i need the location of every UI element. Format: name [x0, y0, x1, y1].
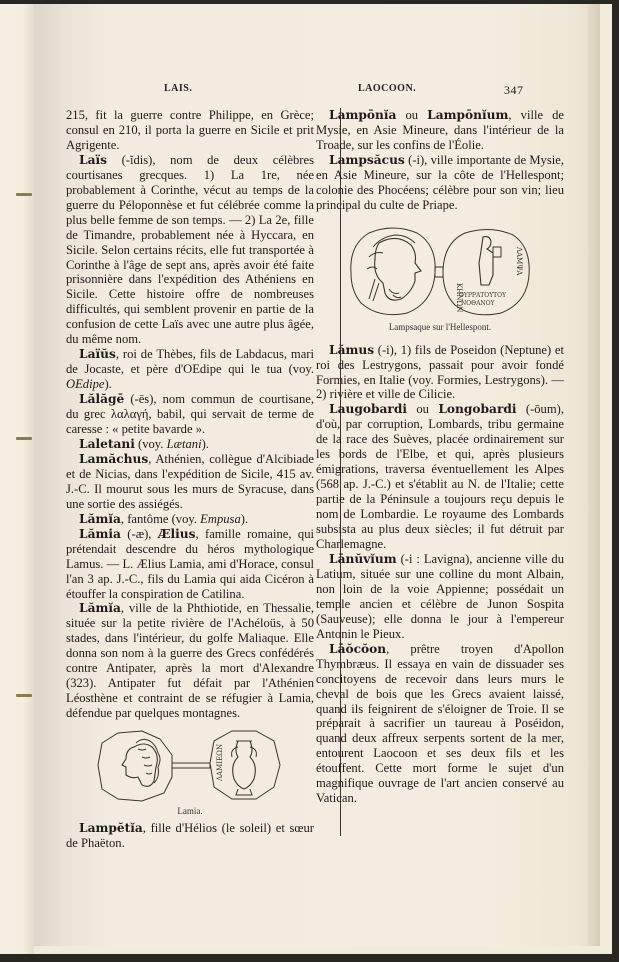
- figure-lamia-coin: ΛΑΜΙΕΩΝ Lamia.: [66, 727, 314, 819]
- entry-lamia-phantom: Lămĭa, fantôme (voy. Empusa).: [66, 512, 314, 527]
- entry-lamponia: Lampōnĭa ou Lampōnĭum, ville de Mysie, e…: [316, 108, 564, 153]
- entry-laletani: Laletani (voy. Lætani).: [66, 437, 314, 452]
- entry-laugobardi: Laugobardi ou Longobardi (-ōum), d'où, p…: [316, 402, 564, 552]
- svg-text:ΝΟΘΑΝΟΥ: ΝΟΘΑΝΟΥ: [461, 300, 496, 307]
- left-column: 215, fit la guerre contre Philippe, en G…: [66, 108, 314, 851]
- coin-connector: [172, 763, 210, 768]
- binding-mark: [16, 694, 32, 697]
- page-edge: [588, 4, 600, 946]
- page-sheet: LAIS. LAOCOON. 347 215, fit la guerre co…: [34, 4, 600, 946]
- right-column: Lampōnĭa ou Lampōnĭum, ville de Mysie, e…: [316, 108, 564, 806]
- headword: Lampōnĭum: [427, 108, 508, 122]
- headword: Lampsăcus: [329, 153, 405, 167]
- headword: Lămĭa: [79, 601, 121, 615]
- entry-lanuvium: Lānŭvĭum (-i : Lavigna), ancienne ville …: [316, 552, 564, 642]
- svg-text:ΛΑΜΙΕΩΝ: ΛΑΜΙΕΩΝ: [216, 744, 224, 782]
- headword: Lămus: [329, 343, 374, 357]
- head-profile-coin-icon: [98, 731, 172, 801]
- entry-lamachus: Lamăchus, Athénien, collègue d'Alcibiade…: [66, 452, 314, 512]
- cross-reference: Lætani: [167, 437, 202, 451]
- running-head-right: LAOCOON.: [358, 83, 416, 94]
- headword: Lampōnĭa: [329, 108, 396, 122]
- headword: Lălăgē: [79, 392, 124, 406]
- binding-mark: [16, 437, 32, 440]
- figure-caption: Lamia.: [66, 804, 314, 819]
- headword: Laugobardi: [329, 402, 407, 416]
- cross-reference: OEdipe: [66, 377, 104, 391]
- headword: Laïs: [79, 153, 107, 167]
- entry-lamia-family: Lămia (-æ), Ælius, famille romaine, qui …: [66, 527, 314, 602]
- coin-illustration: ΚΗΝΩΝ ΛΑΜΨΑ ΟΥΡΡΑΤΟΥΤΟΥ ΝΟΘΑΝΟΥ: [345, 223, 535, 319]
- headword: Lānŭvĭum: [329, 552, 397, 566]
- headword: Longobardi: [438, 402, 516, 416]
- figure-caption: Lampsaque sur l'Hellespont.: [316, 320, 564, 335]
- amphora-coin-icon: ΛΑΜΙΕΩΝ: [210, 731, 280, 799]
- coin-connector: [435, 267, 443, 277]
- previous-page-edge: [0, 4, 34, 954]
- running-head-left: LAIS.: [164, 83, 192, 94]
- coin-legend: ΛΑΜΨΑ: [515, 246, 523, 276]
- entry-laocoon: Lāŏcŏon, prêtre troyen d'Apollon Thymbræ…: [316, 642, 564, 806]
- bearded-head-coin-icon: [351, 228, 435, 315]
- scanned-page: LAIS. LAOCOON. 347 215, fit la guerre co…: [0, 4, 612, 954]
- entry-lalage: Lălăgē (-ēs), nom commun de courtisane, …: [66, 392, 314, 437]
- headword: Laletani: [79, 437, 135, 451]
- headword: Laïŭs: [79, 347, 116, 361]
- headword: Lampĕtĭa: [79, 821, 143, 835]
- cross-reference: Empusa: [200, 512, 241, 526]
- entry-lais: Laïs (-ĭdis), nom de deux célèbres court…: [66, 153, 314, 347]
- page-number: 347: [504, 83, 524, 98]
- figure-lampsacus-coin: ΚΗΝΩΝ ΛΑΜΨΑ ΟΥΡΡΑΤΟΥΤΟΥ ΝΟΘΑΝΟΥ Lampsaqu…: [316, 223, 564, 335]
- entry-lampetia: Lampĕtĭa, fille d'Hélios (le soleil) et …: [66, 821, 314, 851]
- svg-text:ΟΥΡΡΑΤΟΥΤΟΥ: ΟΥΡΡΑΤΟΥΤΟΥ: [459, 292, 507, 299]
- binding-mark: [16, 193, 32, 196]
- entry-laius: Laïŭs, roi de Thèbes, fils de Labdacus, …: [66, 347, 314, 392]
- entry-continuation: 215, fit la guerre contre Philippe, en G…: [66, 108, 314, 153]
- headword: Lāŏcŏon: [329, 642, 386, 656]
- headword: Lămĭa: [79, 512, 121, 526]
- entry-lamus: Lămus (-i), 1) fils de Poseidon (Neptune…: [316, 343, 564, 403]
- headword: Lamăchus: [79, 452, 148, 466]
- headword: Ælius: [158, 527, 196, 541]
- standing-figure-coin-icon: ΚΗΝΩΝ ΛΑΜΨΑ ΟΥΡΡΑΤΟΥΤΟΥ ΝΟΘΑΝΟΥ: [443, 229, 529, 314]
- entry-lamia-city: Lămĭa, ville de la Phthiotide, en Thessa…: [66, 601, 314, 721]
- headword: Lămia: [79, 527, 121, 541]
- entry-lampsacus: Lampsăcus (-i), ville importante de Mysi…: [316, 153, 564, 213]
- coin-illustration: ΛΑΜΙΕΩΝ: [80, 727, 300, 803]
